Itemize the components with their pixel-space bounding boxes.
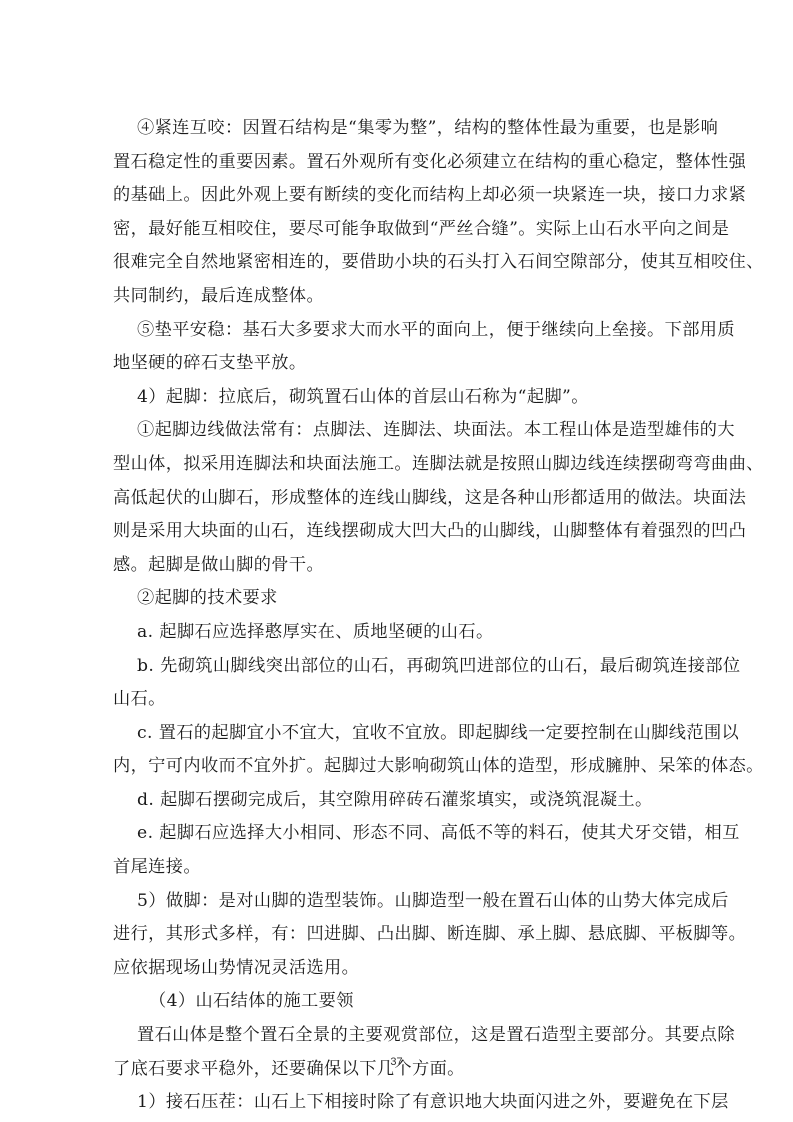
text-line: （4）山石结体的施工要领	[113, 985, 689, 1019]
text-line: 置石山体是整个置石全景的主要观赏部位，这是置石造型主要部分。其要点除	[113, 1019, 689, 1053]
text-line: a. 起脚石应选择憨厚实在、质地坚硬的山石。	[113, 616, 689, 650]
text-line: 置石稳定性的重要因素。置石外观所有变化必须建立在结构的重心稳定，整体性强	[113, 146, 689, 180]
text-line: 则是采用大块面的山石，连线摆砌成大凹大凸的山脚线，山脚整体有着强烈的凹凸	[113, 515, 689, 549]
text-line: 应依据现场山势情况灵活选用。	[113, 952, 689, 986]
document-body: ④紧连互咬：因置石结构是“集零为整”，结构的整体性最为重要，也是影响置石稳定性的…	[113, 112, 689, 1120]
text-line: ②起脚的技术要求	[113, 582, 689, 616]
text-line: e. 起脚石应选择大小相同、形态不同、高低不等的料石，使其犬牙交错，相互	[113, 817, 689, 851]
text-line: b. 先砌筑山脚线突出部位的山石，再砌筑凹进部位的山石，最后砌筑连接部位	[113, 650, 689, 684]
text-line: 内，宁可内收而不宜外扩。起脚过大影响砌筑山体的造型，形成臃肿、呆笨的体态。	[113, 750, 689, 784]
text-line: c. 置石的起脚宜小不宜大，宜收不宜放。即起脚线一定要控制在山脚线范围以	[113, 717, 689, 751]
text-line: 型山体，拟采用连脚法和块面法施工。连脚法就是按照山脚边线连续摆砌弯弯曲曲、	[113, 448, 689, 482]
text-line: 地坚硬的碎石支垫平放。	[113, 347, 689, 381]
text-line: 1）接石压茬：山石上下相接时除了有意识地大块面闪进之外，要避免在下层	[113, 1086, 689, 1120]
text-line: 密，最好能互相咬住，要尽可能争取做到“严丝合缝”。实际上山石水平向之间是	[113, 213, 689, 247]
page-number: 37	[0, 1056, 793, 1068]
text-line: ①起脚边线做法常有：点脚法、连脚法、块面法。本工程山体是造型雄伟的大	[113, 414, 689, 448]
text-line: 5）做脚：是对山脚的造型装饰。山脚造型一般在置石山体的山势大体完成后	[113, 885, 689, 919]
text-line: 高低起伏的山脚石，形成整体的连线山脚线，这是各种山形都适用的做法。块面法	[113, 482, 689, 516]
text-line: 首尾连接。	[113, 851, 689, 885]
text-line: 感。起脚是做山脚的骨干。	[113, 549, 689, 583]
text-line: 很难完全自然地紧密相连的，要借助小块的石头打入石间空隙部分，使其互相咬住、	[113, 246, 689, 280]
text-line: 的基础上。因此外观上要有断续的变化而结构上却必须一块紧连一块，接口力求紧	[113, 179, 689, 213]
text-line: ⑤垫平安稳：基石大多要求大而水平的面向上，便于继续向上垒接。下部用质	[113, 314, 689, 348]
text-line: 共同制约，最后连成整体。	[113, 280, 689, 314]
text-line: d. 起脚石摆砌完成后，其空隙用碎砖石灌浆填实，或浇筑混凝土。	[113, 784, 689, 818]
text-line: 山石。	[113, 683, 689, 717]
text-line: 4）起脚：拉底后，砌筑置石山体的首层山石称为“起脚”。	[113, 381, 689, 415]
text-line: 进行，其形式多样，有：凹进脚、凸出脚、断连脚、承上脚、悬底脚、平板脚等。	[113, 918, 689, 952]
text-line: ④紧连互咬：因置石结构是“集零为整”，结构的整体性最为重要，也是影响	[113, 112, 689, 146]
